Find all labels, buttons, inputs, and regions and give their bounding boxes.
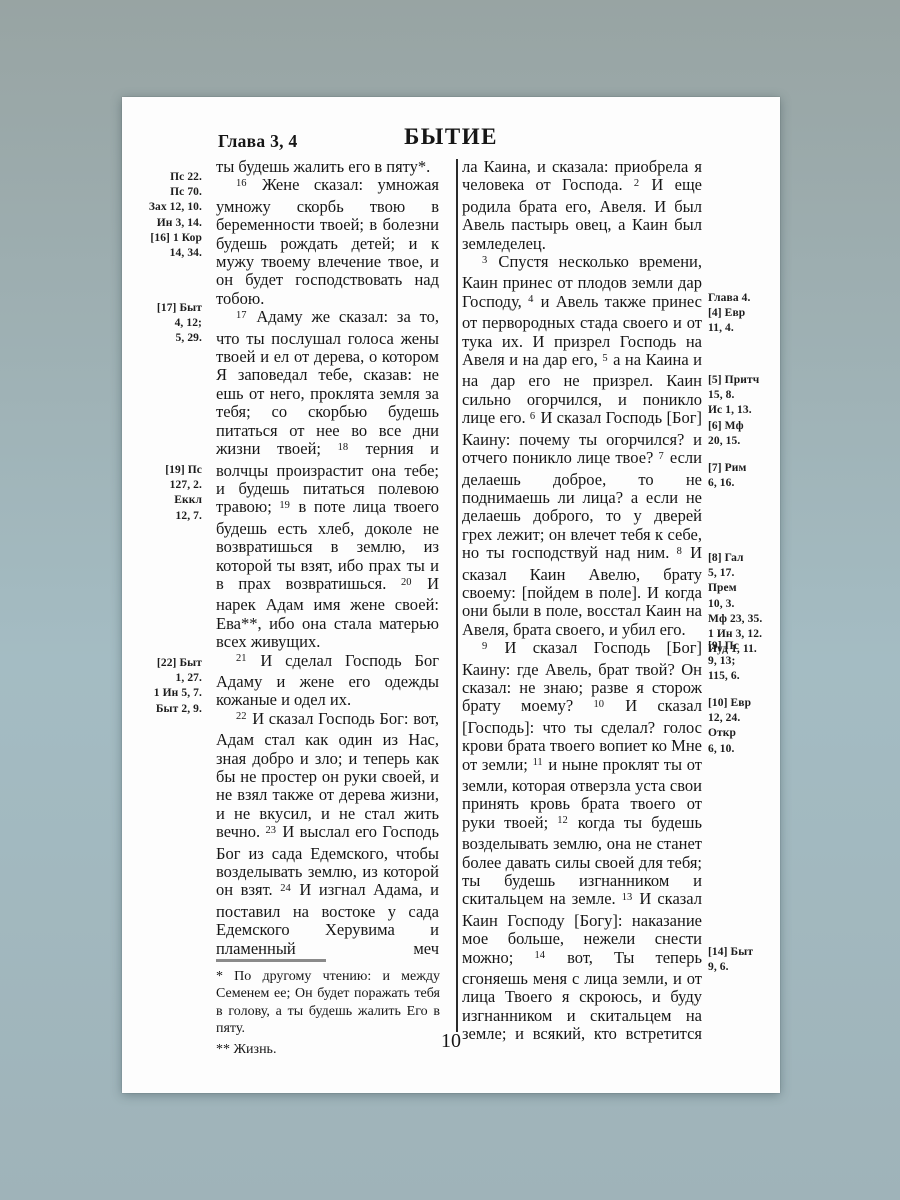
footnote: * По другому чтению: и между Семенем ее;… bbox=[216, 968, 440, 1038]
verse-number: 7 bbox=[658, 451, 664, 462]
verse-number: 21 bbox=[236, 653, 248, 664]
margin-reference-line: Глава 4. bbox=[708, 291, 778, 306]
verse-number: 4 bbox=[528, 294, 534, 305]
verse-number: 8 bbox=[677, 546, 683, 557]
verse-paragraph: ты будешь жалить его в пяту*. bbox=[216, 158, 439, 176]
verse-number: 16 bbox=[236, 178, 248, 189]
margin-reference-line: 14, 34. bbox=[140, 246, 202, 261]
margin-reference-line: Откр bbox=[708, 726, 778, 741]
margin-reference-line: 9, 13; bbox=[708, 654, 778, 669]
margin-reference-group: [19] Пс127, 2.Еккл12, 7. bbox=[140, 463, 202, 524]
verse-number: 14 bbox=[534, 950, 546, 961]
text-column-right: ла Каина, и сказала: приобрела я человек… bbox=[462, 158, 702, 1044]
verse-paragraph: 21 И сделал Господь Бог Адаму и жене его… bbox=[216, 652, 439, 710]
verse-paragraph: 22 И сказал Господь Бог: вот, Адам стал … bbox=[216, 710, 439, 958]
verse-paragraph: ла Каина, и сказала: приобрела я человек… bbox=[462, 158, 702, 253]
verse-number: 13 bbox=[622, 892, 634, 903]
margin-reference-line: Прем bbox=[708, 581, 778, 596]
book-page: Глава 3, 4 БЫТИЕ Пс 22.Пс 70.Зах 12, 10.… bbox=[122, 97, 780, 1093]
margin-reference-line: 4, 12; bbox=[140, 316, 202, 331]
margin-reference-line: 11, 4. bbox=[708, 321, 778, 336]
text-column-left: ты будешь жалить его в пяту*.16 Жене ска… bbox=[216, 158, 439, 958]
margin-reference-line: 20, 15. bbox=[708, 434, 778, 449]
margin-reference-line: Ис 1, 13. bbox=[708, 403, 778, 418]
verse-number: 11 bbox=[533, 757, 544, 768]
verse-number: 10 bbox=[593, 699, 605, 710]
margin-reference-line: [17] Быт bbox=[140, 301, 202, 316]
verse-number: 23 bbox=[265, 825, 277, 836]
margin-reference-line: 10, 3. bbox=[708, 597, 778, 612]
verse-number: 5 bbox=[602, 353, 608, 364]
margin-reference-line: [7] Рим bbox=[708, 461, 778, 476]
left-margin-references: Пс 22.Пс 70.Зах 12, 10.Ин 3, 14.[16] 1 К… bbox=[140, 97, 202, 1093]
margin-reference-line: [8] Гал bbox=[708, 551, 778, 566]
margin-reference-line: [9] Пс bbox=[708, 639, 778, 654]
verse-number: 9 bbox=[482, 641, 488, 652]
margin-reference-line: [14] Быт bbox=[708, 945, 778, 960]
margin-reference-line: 115, 6. bbox=[708, 669, 778, 684]
margin-reference-group: [17] Быт4, 12;5, 29. bbox=[140, 301, 202, 347]
margin-reference-line: [5] Притч bbox=[708, 373, 778, 388]
margin-reference-line: Быт 2, 9. bbox=[140, 702, 202, 717]
margin-reference-line: 5, 17. bbox=[708, 566, 778, 581]
margin-reference-group: [5] Притч15, 8.Ис 1, 13.[6] Мф20, 15. bbox=[708, 373, 778, 449]
margin-reference-line: 12, 24. bbox=[708, 711, 778, 726]
verse-number: 3 bbox=[482, 255, 488, 266]
margin-reference-group: [14] Быт9, 6. bbox=[708, 945, 778, 975]
verse-number: 19 bbox=[279, 500, 291, 511]
verse-paragraph: 17 Адаму же сказал: за то, что ты послуш… bbox=[216, 308, 439, 651]
page-background: Глава 3, 4 БЫТИЕ Пс 22.Пс 70.Зах 12, 10.… bbox=[0, 0, 900, 1200]
margin-reference-group: [22] Быт1, 27.1 Ин 5, 7.Быт 2, 9. bbox=[140, 656, 202, 717]
margin-reference-line: Еккл bbox=[140, 493, 202, 508]
margin-reference-line: 6, 16. bbox=[708, 476, 778, 491]
right-margin-references: Глава 4.[4] Евр11, 4.[5] Притч15, 8.Ис 1… bbox=[708, 97, 778, 1093]
margin-reference-line: [6] Мф bbox=[708, 419, 778, 434]
footnote-separator-rule bbox=[216, 959, 326, 962]
margin-reference-line: Пс 22. bbox=[140, 170, 202, 185]
verse-number: 18 bbox=[338, 442, 350, 453]
verse-number: 24 bbox=[280, 883, 292, 894]
verse-number: 17 bbox=[236, 310, 248, 321]
verse-number: 2 bbox=[634, 178, 640, 189]
book-title: БЫТИЕ bbox=[122, 124, 780, 150]
column-divider-rule bbox=[456, 159, 458, 1032]
margin-reference-line: [19] Пс bbox=[140, 463, 202, 478]
margin-reference-line: [4] Евр bbox=[708, 306, 778, 321]
margin-reference-line: Зах 12, 10. bbox=[140, 200, 202, 215]
margin-reference-line: 9, 6. bbox=[708, 960, 778, 975]
page-number: 10 bbox=[122, 1030, 780, 1053]
margin-reference-line: Пс 70. bbox=[140, 185, 202, 200]
margin-reference-line: [22] Быт bbox=[140, 656, 202, 671]
verse-number: 22 bbox=[236, 711, 248, 722]
margin-reference-line: Мф 23, 35. bbox=[708, 612, 778, 627]
margin-reference-line: [16] 1 Кор bbox=[140, 231, 202, 246]
verse-paragraph: 3 Спустя несколько времени, Каин принес … bbox=[462, 253, 702, 639]
margin-reference-group: [10] Евр12, 24.Откр6, 10. bbox=[708, 696, 778, 757]
margin-reference-line: Ин 3, 14. bbox=[140, 216, 202, 231]
verse-number: 6 bbox=[530, 411, 536, 422]
margin-reference-group: [9] Пс9, 13;115, 6. bbox=[708, 639, 778, 685]
margin-reference-group: [7] Рим6, 16. bbox=[708, 461, 778, 491]
verse-number: 20 bbox=[401, 577, 413, 588]
margin-reference-line: [10] Евр bbox=[708, 696, 778, 711]
margin-reference-line: 1, 27. bbox=[140, 671, 202, 686]
margin-reference-line: 6, 10. bbox=[708, 742, 778, 757]
margin-reference-line: 127, 2. bbox=[140, 478, 202, 493]
margin-reference-line: 1 Ин 5, 7. bbox=[140, 686, 202, 701]
verse-paragraph: 16 Жене сказал: умножая умножу скорбь тв… bbox=[216, 176, 439, 308]
verse-paragraph: 9 И сказал Господь [Бог] Каину: где Авел… bbox=[462, 639, 702, 1044]
margin-reference-group: Пс 22.Пс 70.Зах 12, 10.Ин 3, 14.[16] 1 К… bbox=[140, 170, 202, 261]
margin-reference-group: Глава 4.[4] Евр11, 4. bbox=[708, 291, 778, 337]
margin-reference-line: 5, 29. bbox=[140, 331, 202, 346]
verse-number: 12 bbox=[557, 815, 569, 826]
margin-reference-line: 12, 7. bbox=[140, 509, 202, 524]
margin-reference-line: 15, 8. bbox=[708, 388, 778, 403]
